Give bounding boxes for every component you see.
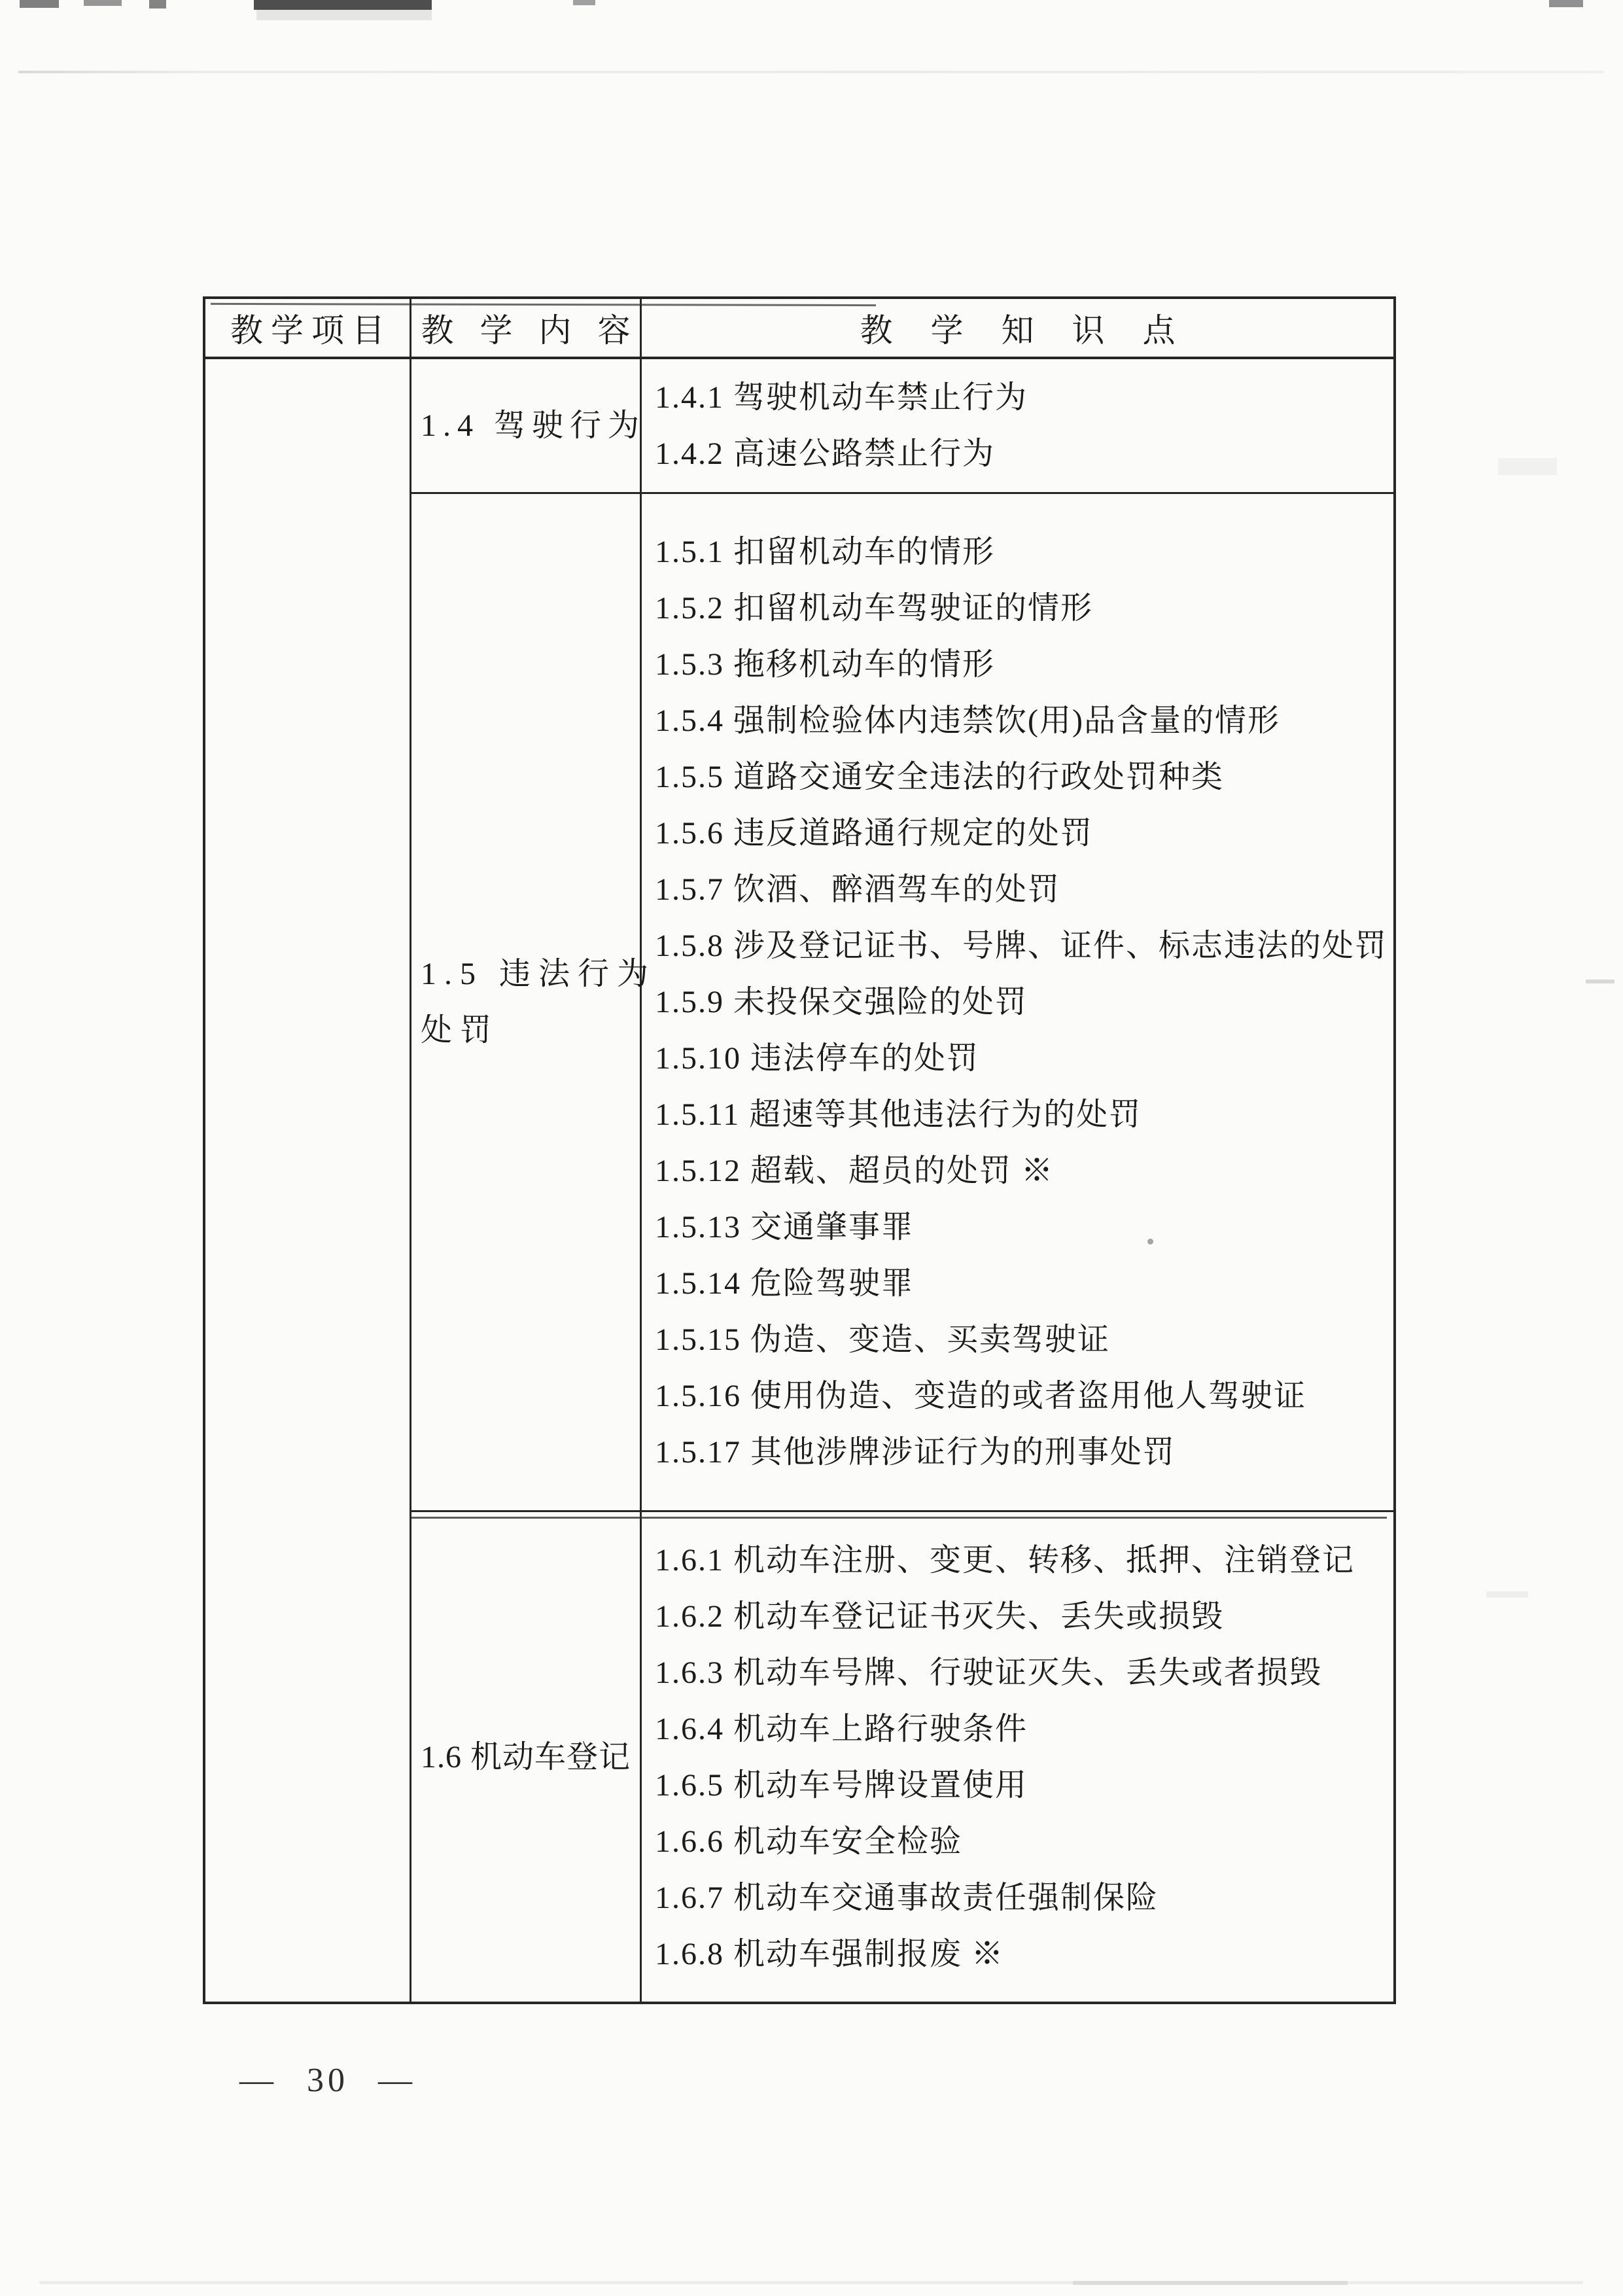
knowledge-point: 1.4.1 驾驶机动车禁止行为 <box>655 370 1393 426</box>
scan-artifact-top-smudge <box>149 0 166 9</box>
scan-artifact-bleedthrough <box>1498 458 1557 475</box>
scan-artifact-top-smudge <box>1549 0 1583 7</box>
teaching-content-label: 1.6 机动车登记 <box>421 1729 640 1786</box>
scan-artifact-streak <box>39 2281 1583 2284</box>
scan-artifact-bleedthrough <box>1486 1591 1528 1598</box>
knowledge-points-cell: 1.4.1 驾驶机动车禁止行为1.4.2 高速公路禁止行为 <box>642 359 1393 492</box>
teaching-content-label: 1.5 违法行为 <box>421 946 640 1002</box>
table-body-rows: 1.4 驾驶行为1.4.1 驾驶机动车禁止行为1.4.2 高速公路禁止行为1.5… <box>411 359 1393 2002</box>
column-header-content-label: 教学内容 <box>421 304 657 351</box>
column-header-knowledge-points-label: 教学知识点 <box>860 304 1213 351</box>
teaching-content-cell: 1.4 驾驶行为 <box>411 359 640 492</box>
knowledge-point: 1.5.15 伪造、变造、买卖驾驶证 <box>655 1312 1393 1368</box>
knowledge-point: 1.5.2 扣留机动车驾驶证的情形 <box>655 580 1393 637</box>
knowledge-point: 1.5.5 道路交通安全违法的行政处罚种类 <box>655 749 1393 805</box>
knowledge-points-cell: 1.5.1 扣留机动车的情形1.5.2 扣留机动车驾驶证的情形1.5.3 拖移机… <box>642 494 1393 1510</box>
knowledge-point: 1.5.10 违法停车的处罚 <box>655 1031 1393 1087</box>
knowledge-point: 1.4.2 高速公路禁止行为 <box>655 426 1393 482</box>
knowledge-point: 1.6.1 机动车注册、变更、转移、抵押、注销登记 <box>655 1532 1393 1589</box>
knowledge-point: 1.6.4 机动车上路行驶条件 <box>655 1701 1393 1757</box>
knowledge-point: 1.5.4 强制检验体内违禁饮(用)品含量的情形 <box>655 693 1393 749</box>
knowledge-point: 1.5.11 超速等其他违法行为的处罚 <box>655 1087 1393 1143</box>
knowledge-point: 1.5.16 使用伪造、变造的或者盗用他人驾驶证 <box>655 1368 1393 1424</box>
knowledge-point: 1.5.14 危险驾驶罪 <box>655 1256 1393 1312</box>
scanned-document-page: 教学项目 教学内容 教学知识点 1.4 驾驶行为1.4.1 驾驶机动车禁止行为1… <box>0 0 1623 2296</box>
scan-artifact-streak <box>18 71 1604 73</box>
knowledge-point: 1.5.3 拖移机动车的情形 <box>655 637 1393 693</box>
scan-artifact-top-smudge <box>573 0 595 5</box>
scan-artifact-top-bar-shadow <box>256 10 432 20</box>
knowledge-point: 1.5.6 违反道路通行规定的处罚 <box>655 805 1393 862</box>
knowledge-point: 1.6.8 机动车强制报废 ※ <box>655 1926 1393 1983</box>
knowledge-point: 1.6.7 机动车交通事故责任强制保险 <box>655 1870 1393 1926</box>
table-row: 1.4 驾驶行为1.4.1 驾驶机动车禁止行为1.4.2 高速公路禁止行为 <box>411 359 1393 492</box>
knowledge-points-cell: 1.6.1 机动车注册、变更、转移、抵押、注销登记1.6.2 机动车登记证书灭失… <box>642 1512 1393 2002</box>
knowledge-point: 1.5.1 扣留机动车的情形 <box>655 524 1393 580</box>
knowledge-point: 1.5.12 超载、超员的处罚 ※ <box>655 1143 1393 1199</box>
column-header-project-label: 教学项目 <box>230 304 393 351</box>
column-header-project: 教学项目 <box>205 299 410 357</box>
teaching-syllabus-table: 教学项目 教学内容 教学知识点 1.4 驾驶行为1.4.1 驾驶机动车禁止行为1… <box>203 296 1396 2004</box>
scan-artifact-top-bar <box>254 0 432 10</box>
knowledge-point: 1.5.17 其他涉牌涉证行为的刑事处罚 <box>655 1424 1393 1481</box>
teaching-content-cell: 1.5 违法行为处罚 <box>411 494 640 1510</box>
knowledge-point: 1.6.3 机动车号牌、行驶证灭失、丢失或者损毁 <box>655 1645 1393 1701</box>
knowledge-point: 1.5.13 交通肇事罪 <box>655 1199 1393 1256</box>
knowledge-point: 1.5.7 饮酒、醉酒驾车的处罚 <box>655 862 1393 918</box>
scan-artifact-top-smudge <box>20 0 59 8</box>
teaching-content-label: 处罚 <box>421 1002 640 1059</box>
page-number: — 30 — <box>239 2061 416 2100</box>
scan-artifact-dash <box>1586 980 1614 983</box>
table-row: 1.5 违法行为处罚1.5.1 扣留机动车的情形1.5.2 扣留机动车驾驶证的情… <box>411 492 1393 1510</box>
knowledge-point: 1.6.6 机动车安全检验 <box>655 1814 1393 1870</box>
column-header-knowledge-points: 教学知识点 <box>642 299 1393 357</box>
table-row: 1.6 机动车登记1.6.1 机动车注册、变更、转移、抵押、注销登记1.6.2 … <box>411 1510 1393 2002</box>
column-header-content: 教学内容 <box>411 299 640 357</box>
knowledge-point: 1.5.9 未投保交强险的处罚 <box>655 974 1393 1031</box>
knowledge-point: 1.6.2 机动车登记证书灭失、丢失或损毁 <box>655 1589 1393 1645</box>
knowledge-point: 1.5.8 涉及登记证书、号牌、证件、标志违法的处罚 <box>655 918 1393 974</box>
teaching-content-label: 1.4 驾驶行为 <box>421 398 640 454</box>
scan-artifact-streak <box>1073 2281 1348 2285</box>
teaching-content-cell: 1.6 机动车登记 <box>411 1512 640 2002</box>
scan-artifact-top-smudge <box>84 0 122 6</box>
knowledge-point: 1.6.5 机动车号牌设置使用 <box>655 1757 1393 1814</box>
